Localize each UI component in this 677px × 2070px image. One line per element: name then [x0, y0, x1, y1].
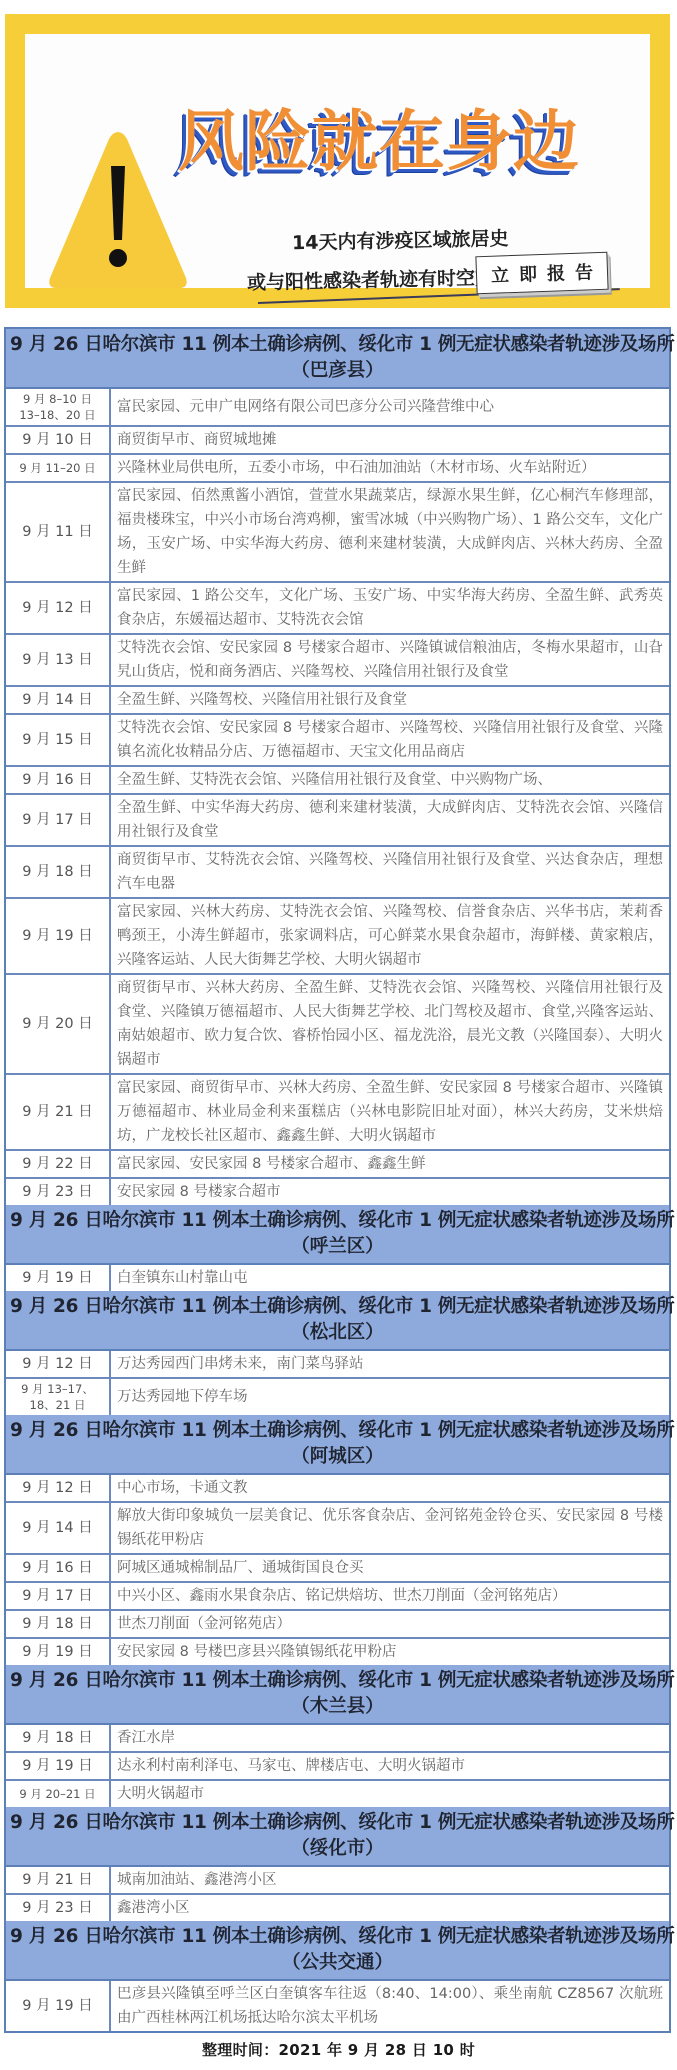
- date-cell: 9 月 20 日: [6, 975, 111, 1073]
- section-header: 9 月 26 日哈尔滨市 11 例本土确诊病例、绥化市 1 例无症状感染者轨迹涉…: [6, 1665, 669, 1725]
- table-row: 9 月 17 日全盈生鲜、中实华海大药房、德利来建材装潢，大成鲜肉店、艾特洗衣会…: [6, 795, 669, 847]
- places-text: 商贸街早市、艾特洗衣会馆、兴隆驾校、兴隆信用社银行及食堂、兴达食杂店，理想汽车电…: [117, 848, 663, 896]
- places-cell: 万达秀园西门串烤未来，南门菜鸟驿站: [111, 1351, 669, 1377]
- date-cell: 9 月 23 日: [6, 1179, 111, 1205]
- table-row: 9 月 20 日商贸街早市、兴林大药房、全盈生鲜、艾特洗衣会馆、兴隆驾校、兴隆信…: [6, 975, 669, 1075]
- table-section: 9 月 26 日哈尔滨市 11 例本土确诊病例、绥化市 1 例无症状感染者轨迹涉…: [6, 1205, 669, 1291]
- table-row: 9 月 19 日富民家园、兴林大药房、艾特洗衣会馆、兴隆驾校、信誉食杂店、兴华书…: [6, 899, 669, 975]
- places-text: 鑫港湾小区: [117, 1896, 190, 1920]
- table-row: 9 月 8–10 日13–18、20 日富民家园、元申广电网络有限公司巴彦分公司…: [6, 389, 669, 427]
- places-cell: 全盈生鲜、艾特洗衣会馆、兴隆信用社银行及食堂、中兴购物广场、: [111, 767, 669, 793]
- table-section: 9 月 26 日哈尔滨市 11 例本土确诊病例、绥化市 1 例无症状感染者轨迹涉…: [6, 1291, 669, 1415]
- date-text: 9 月 21 日: [22, 1872, 93, 1889]
- table-section: 9 月 26 日哈尔滨市 11 例本土确诊病例、绥化市 1 例无症状感染者轨迹涉…: [6, 1415, 669, 1665]
- table-section: 9 月 26 日哈尔滨市 11 例本土确诊病例、绥化市 1 例无症状感染者轨迹涉…: [6, 1921, 669, 2031]
- places-text: 达永利村南利泽屯、马家屯、牌楼店屯、大明火锅超市: [117, 1754, 465, 1778]
- date-text: 9 月 17 日: [22, 812, 93, 829]
- section-title: 9 月 26 日哈尔滨市 11 例本土确诊病例、绥化市 1 例无症状感染者轨迹涉…: [10, 1668, 665, 1694]
- places-cell: 富民家园、商贸街早市、兴林大药房、全盈生鲜、安民家园 8 号楼家合超市、兴隆镇万…: [111, 1075, 669, 1149]
- date-cell: 9 月 23 日: [6, 1895, 111, 1921]
- places-text: 艾特洗衣会馆、安民家园 8 号楼家合超市、兴隆镇诚信粮油店，冬梅水果超市，山旮旯…: [117, 636, 663, 684]
- places-cell: 富民家园、佰然熏酱小酒馆，萱萱水果蔬菜店，绿源水果生鲜，亿心桐汽车修理部，福贵楼…: [111, 483, 669, 581]
- date-line: 9 月 13–17、: [21, 1381, 94, 1397]
- places-text: 富民家园、安民家园 8 号楼家合超市、鑫鑫生鲜: [117, 1152, 425, 1176]
- date-cell: 9 月 16 日: [6, 767, 111, 793]
- section-header: 9 月 26 日哈尔滨市 11 例本土确诊病例、绥化市 1 例无症状感染者轨迹涉…: [6, 329, 669, 389]
- date-text: 9 月 23 日: [22, 1184, 93, 1201]
- table-row: 9 月 19 日达永利村南利泽屯、马家屯、牌楼店屯、大明火锅超市: [6, 1753, 669, 1781]
- places-cell: 商贸街早市、兴林大药房、全盈生鲜、艾特洗衣会馆、兴隆驾校、兴隆信用社银行及食堂、…: [111, 975, 669, 1073]
- table-row: 9 月 16 日阿城区通城棉制品厂、通城街国良仓买: [6, 1555, 669, 1583]
- table-section: 9 月 26 日哈尔滨市 11 例本土确诊病例、绥化市 1 例无症状感染者轨迹涉…: [6, 1665, 669, 1807]
- date-cell: 9 月 18 日: [6, 1725, 111, 1751]
- section-header: 9 月 26 日哈尔滨市 11 例本土确诊病例、绥化市 1 例无症状感染者轨迹涉…: [6, 1921, 669, 1981]
- section-title: 9 月 26 日哈尔滨市 11 例本土确诊病例、绥化市 1 例无症状感染者轨迹涉…: [10, 1924, 665, 1950]
- table-row: 9 月 13 日艾特洗衣会馆、安民家园 8 号楼家合超市、兴隆镇诚信粮油店，冬梅…: [6, 635, 669, 687]
- table-row: 9 月 12 日富民家园、1 路公交车，文化广场、玉安广场、中实华海大药房、全盈…: [6, 583, 669, 635]
- places-cell: 全盈生鲜、兴隆驾校、兴隆信用社银行及食堂: [111, 687, 669, 713]
- table-row: 9 月 18 日香江水岸: [6, 1725, 669, 1753]
- places-text: 巴彦县兴隆镇至呼兰区白奎镇客车往返（8:40、14:00）、乘坐南航 CZ856…: [117, 1982, 663, 2030]
- date-text: 9 月 11 日: [22, 524, 93, 541]
- table-row: 9 月 14 日解放大街印象城负一层美食记、优乐客食杂店、金河铭苑金铃仓买、安民…: [6, 1503, 669, 1555]
- date-cell: 9 月 15 日: [6, 715, 111, 765]
- section-district: （公共交通）: [10, 1950, 665, 1976]
- date-cell: 9 月 20–21 日: [6, 1781, 111, 1807]
- date-text: 9 月 22 日: [22, 1156, 93, 1173]
- date-text: 9 月 12 日: [22, 600, 93, 617]
- places-text: 全盈生鲜、艾特洗衣会馆、兴隆信用社银行及食堂、中兴购物广场、: [117, 768, 552, 792]
- places-cell: 商贸街早市、商贸城地摊: [111, 427, 669, 453]
- date-cell: 9 月 13–17、18、21 日: [6, 1379, 111, 1415]
- places-text: 香江水岸: [117, 1726, 175, 1750]
- places-text: 大明火锅超市: [117, 1782, 204, 1806]
- section-district: （呼兰区）: [10, 1234, 665, 1260]
- warning-triangle-icon: [45, 128, 191, 296]
- date-text: 9 月 20 日: [22, 1016, 93, 1033]
- table-row: 9 月 20–21 日大明火锅超市: [6, 1781, 669, 1807]
- section-title: 9 月 26 日哈尔滨市 11 例本土确诊病例、绥化市 1 例无症状感染者轨迹涉…: [10, 1810, 665, 1836]
- date-cell: 9 月 19 日: [6, 1981, 111, 2031]
- date-cell: 9 月 11 日: [6, 483, 111, 581]
- date-cell: 9 月 18 日: [6, 847, 111, 897]
- section-header: 9 月 26 日哈尔滨市 11 例本土确诊病例、绥化市 1 例无症状感染者轨迹涉…: [6, 1807, 669, 1867]
- section-title: 9 月 26 日哈尔滨市 11 例本土确诊病例、绥化市 1 例无症状感染者轨迹涉…: [10, 1294, 665, 1320]
- date-cell: 9 月 21 日: [6, 1867, 111, 1893]
- places-text: 城南加油站、鑫港湾小区: [117, 1868, 277, 1892]
- places-text: 全盈生鲜、中实华海大药房、德利来建材装潢，大成鲜肉店、艾特洗衣会馆、兴隆信用社银…: [117, 796, 663, 844]
- places-text: 万达秀园西门串烤未来，南门菜鸟驿站: [117, 1352, 364, 1376]
- date-text: 9 月 19 日: [22, 1758, 93, 1775]
- date-text: 9 月 20–21 日: [19, 1786, 95, 1802]
- places-cell: 香江水岸: [111, 1725, 669, 1751]
- places-text: 兴隆林业局供电所，五委小市场，中石油加油站（木材市场、火车站附近）: [117, 456, 596, 480]
- places-text: 中兴小区、鑫雨水果食杂店、铭记烘焙坊、世杰刀削面（金河铭苑店）: [117, 1584, 567, 1608]
- section-title: 9 月 26 日哈尔滨市 11 例本土确诊病例、绥化市 1 例无症状感染者轨迹涉…: [10, 1418, 665, 1444]
- places-text: 中心市场，卡通文教: [117, 1476, 248, 1500]
- date-text: 9 月 13 日: [22, 652, 93, 669]
- places-cell: 富民家园、元申广电网络有限公司巴彦分公司兴隆营维中心: [111, 389, 669, 425]
- date-cell: 9 月 12 日: [6, 1351, 111, 1377]
- table-row: 9 月 14 日全盈生鲜、兴隆驾校、兴隆信用社银行及食堂: [6, 687, 669, 715]
- table-row: 9 月 23 日安民家园 8 号楼家合超市: [6, 1179, 669, 1205]
- date-text: 9 月 14 日: [22, 1520, 93, 1537]
- places-text: 安民家园 8 号楼巴彦县兴隆镇锡纸花甲粉店: [117, 1640, 396, 1664]
- places-cell: 商贸街早市、艾特洗衣会馆、兴隆驾校、兴隆信用社银行及食堂、兴达食杂店，理想汽车电…: [111, 847, 669, 897]
- date-text: 9 月 18 日: [22, 864, 93, 881]
- places-text: 富民家园、1 路公交车，文化广场、玉安广场、中实华海大药房、全盈生鲜、武秀英食杂…: [117, 584, 663, 632]
- table-row: 9 月 17 日中兴小区、鑫雨水果食杂店、铭记烘焙坊、世杰刀削面（金河铭苑店）: [6, 1583, 669, 1611]
- places-text: 富民家园、商贸街早市、兴林大药房、全盈生鲜、安民家园 8 号楼家合超市、兴隆镇万…: [117, 1076, 663, 1148]
- date-cell: 9 月 8–10 日13–18、20 日: [6, 389, 111, 425]
- table-row: 9 月 21 日富民家园、商贸街早市、兴林大药房、全盈生鲜、安民家园 8 号楼家…: [6, 1075, 669, 1151]
- places-text: 安民家园 8 号楼家合超市: [117, 1180, 280, 1204]
- table-row: 9 月 10 日商贸街早市、商贸城地摊: [6, 427, 669, 455]
- date-text: 9 月 11–20 日: [19, 460, 95, 476]
- places-text: 富民家园、元申广电网络有限公司巴彦分公司兴隆营维中心: [117, 395, 494, 419]
- table-row: 9 月 12 日中心市场，卡通文教: [6, 1475, 669, 1503]
- date-cell: 9 月 19 日: [6, 1639, 111, 1665]
- date-text: 9 月 12 日: [22, 1356, 93, 1373]
- date-text: 9 月 19 日: [22, 1644, 93, 1661]
- section-header: 9 月 26 日哈尔滨市 11 例本土确诊病例、绥化市 1 例无症状感染者轨迹涉…: [6, 1291, 669, 1351]
- table-row: 9 月 13–17、18、21 日万达秀园地下停车场: [6, 1379, 669, 1415]
- date-line: 13–18、20 日: [19, 407, 95, 423]
- date-text: 9 月 15 日: [22, 732, 93, 749]
- table-row: 9 月 16 日全盈生鲜、艾特洗衣会馆、兴隆信用社银行及食堂、中兴购物广场、: [6, 767, 669, 795]
- date-cell: 9 月 12 日: [6, 583, 111, 633]
- date-cell: 9 月 17 日: [6, 795, 111, 845]
- places-cell: 解放大街印象城负一层美食记、优乐客食杂店、金河铭苑金铃仓买、安民家园 8 号楼锡…: [111, 1503, 669, 1553]
- date-cell: 9 月 16 日: [6, 1555, 111, 1581]
- table-row: 9 月 19 日安民家园 8 号楼巴彦县兴隆镇锡纸花甲粉店: [6, 1639, 669, 1665]
- places-text: 商贸街早市、兴林大药房、全盈生鲜、艾特洗衣会馆、兴隆驾校、兴隆信用社银行及食堂、…: [117, 976, 663, 1072]
- table-row: 9 月 11–20 日兴隆林业局供电所，五委小市场，中石油加油站（木材市场、火车…: [6, 455, 669, 483]
- places-cell: 白奎镇东山村靠山屯: [111, 1265, 669, 1291]
- places-text: 白奎镇东山村靠山屯: [117, 1266, 248, 1290]
- places-cell: 富民家园、安民家园 8 号楼家合超市、鑫鑫生鲜: [111, 1151, 669, 1177]
- table-row: 9 月 12 日万达秀园西门串烤未来，南门菜鸟驿站: [6, 1351, 669, 1379]
- places-cell: 艾特洗衣会馆、安民家园 8 号楼家合超市、兴隆镇诚信粮油店，冬梅水果超市，山旮旯…: [111, 635, 669, 685]
- section-header: 9 月 26 日哈尔滨市 11 例本土确诊病例、绥化市 1 例无症状感染者轨迹涉…: [6, 1205, 669, 1265]
- places-cell: 兴隆林业局供电所，五委小市场，中石油加油站（木材市场、火车站附近）: [111, 455, 669, 481]
- date-text: 9 月 14 日: [22, 692, 93, 709]
- date-cell: 9 月 19 日: [6, 899, 111, 973]
- date-line: 9 月 8–10 日: [19, 391, 95, 407]
- table-row: 9 月 18 日商贸街早市、艾特洗衣会馆、兴隆驾校、兴隆信用社银行及食堂、兴达食…: [6, 847, 669, 899]
- places-cell: 城南加油站、鑫港湾小区: [111, 1867, 669, 1893]
- date-text: 9 月 16 日: [22, 772, 93, 789]
- places-cell: 中兴小区、鑫雨水果食杂店、铭记烘焙坊、世杰刀削面（金河铭苑店）: [111, 1583, 669, 1609]
- date-cell: 9 月 22 日: [6, 1151, 111, 1177]
- date-text: 9 月 18 日: [22, 1730, 93, 1747]
- section-district: （阿城区）: [10, 1444, 665, 1470]
- section-title: 9 月 26 日哈尔滨市 11 例本土确诊病例、绥化市 1 例无症状感染者轨迹涉…: [10, 1208, 665, 1234]
- table-row: 9 月 21 日城南加油站、鑫港湾小区: [6, 1867, 669, 1895]
- places-cell: 全盈生鲜、中实华海大药房、德利来建材装潢，大成鲜肉店、艾特洗衣会馆、兴隆信用社银…: [111, 795, 669, 845]
- places-cell: 巴彦县兴隆镇至呼兰区白奎镇客车往返（8:40、14:00）、乘坐南航 CZ856…: [111, 1981, 669, 2031]
- table-row: 9 月 19 日巴彦县兴隆镇至呼兰区白奎镇客车往返（8:40、14:00）、乘坐…: [6, 1981, 669, 2031]
- places-cell: 安民家园 8 号楼家合超市: [111, 1179, 669, 1205]
- banner-headline: 风险就在身边: [178, 88, 580, 183]
- date-line: 18、21 日: [21, 1397, 94, 1413]
- date-text: 9 月 16 日: [22, 1560, 93, 1577]
- date-text: 9 月 12 日: [22, 1480, 93, 1497]
- date-text: 9 月 19 日: [22, 928, 93, 945]
- table-row: 9 月 19 日白奎镇东山村靠山屯: [6, 1265, 669, 1291]
- date-text: 9 月 17 日: [22, 1588, 93, 1605]
- date-cell: 9 月 14 日: [6, 687, 111, 713]
- section-title: 9 月 26 日哈尔滨市 11 例本土确诊病例、绥化市 1 例无症状感染者轨迹涉…: [10, 332, 665, 358]
- places-cell: 达永利村南利泽屯、马家屯、牌楼店屯、大明火锅超市: [111, 1753, 669, 1779]
- date-text: 9 月 10 日: [22, 432, 93, 449]
- date-text: 9 月 21 日: [22, 1104, 93, 1121]
- date-cell: 9 月 10 日: [6, 427, 111, 453]
- table-section: 9 月 26 日哈尔滨市 11 例本土确诊病例、绥化市 1 例无症状感染者轨迹涉…: [6, 1807, 669, 1921]
- places-cell: 大明火锅超市: [111, 1781, 669, 1807]
- report-now-button[interactable]: 立即报告: [475, 252, 608, 295]
- date-cell: 9 月 17 日: [6, 1583, 111, 1609]
- trajectory-table: 9 月 26 日哈尔滨市 11 例本土确诊病例、绥化市 1 例无症状感染者轨迹涉…: [4, 327, 671, 2033]
- date-text: 9 月 18 日: [22, 1616, 93, 1633]
- table-row: 9 月 18 日世杰刀削面（金河铭苑店）: [6, 1611, 669, 1639]
- compiled-time: 整理时间：2021 年 9 月 28 日 10 时: [0, 2033, 677, 2070]
- date-text: 9 月 23 日: [22, 1900, 93, 1917]
- risk-banner: 风险就在身边 14天内有涉疫区域旅居史 或与阳性感染者轨迹有时空交集人员 立即报…: [0, 0, 677, 318]
- date-cell: 9 月 13 日: [6, 635, 111, 685]
- places-text: 万达秀园地下停车场: [117, 1385, 248, 1409]
- date-cell: 9 月 12 日: [6, 1475, 111, 1501]
- table-section: 9 月 26 日哈尔滨市 11 例本土确诊病例、绥化市 1 例无症状感染者轨迹涉…: [6, 329, 669, 1205]
- section-district: （巴彦县）: [10, 358, 665, 384]
- date-cell: 9 月 19 日: [6, 1265, 111, 1291]
- section-district: （绥化市）: [10, 1836, 665, 1862]
- places-text: 阿城区通城棉制品厂、通城街国良仓买: [117, 1556, 364, 1580]
- places-cell: 中心市场，卡通文教: [111, 1475, 669, 1501]
- section-district: （木兰县）: [10, 1694, 665, 1720]
- places-cell: 艾特洗衣会馆、安民家园 8 号楼家合超市、兴隆驾校、兴隆信用社银行及食堂、兴隆镇…: [111, 715, 669, 765]
- places-cell: 富民家园、兴林大药房、艾特洗衣会馆、兴隆驾校、信誉食杂店、兴华书店，茉莉香鸭颈王…: [111, 899, 669, 973]
- section-header: 9 月 26 日哈尔滨市 11 例本土确诊病例、绥化市 1 例无症状感染者轨迹涉…: [6, 1415, 669, 1475]
- places-cell: 富民家园、1 路公交车，文化广场、玉安广场、中实华海大药房、全盈生鲜、武秀英食杂…: [111, 583, 669, 633]
- date-text: 9 月 19 日: [22, 1270, 93, 1287]
- table-row: 9 月 22 日富民家园、安民家园 8 号楼家合超市、鑫鑫生鲜: [6, 1151, 669, 1179]
- date-cell: 9 月 19 日: [6, 1753, 111, 1779]
- date-cell: 9 月 21 日: [6, 1075, 111, 1149]
- places-cell: 安民家园 8 号楼巴彦县兴隆镇锡纸花甲粉店: [111, 1639, 669, 1665]
- table-row: 9 月 11 日富民家园、佰然熏酱小酒馆，萱萱水果蔬菜店，绿源水果生鲜，亿心桐汽…: [6, 483, 669, 583]
- date-cell: 9 月 11–20 日: [6, 455, 111, 481]
- places-text: 世杰刀削面（金河铭苑店）: [117, 1612, 291, 1636]
- places-text: 解放大街印象城负一层美食记、优乐客食杂店、金河铭苑金铃仓买、安民家园 8 号楼锡…: [117, 1504, 663, 1552]
- places-text: 全盈生鲜、兴隆驾校、兴隆信用社银行及食堂: [117, 688, 407, 712]
- places-text: 富民家园、佰然熏酱小酒馆，萱萱水果蔬菜店，绿源水果生鲜，亿心桐汽车修理部，福贵楼…: [117, 484, 663, 580]
- date-cell: 9 月 18 日: [6, 1611, 111, 1637]
- places-text: 商贸街早市、商贸城地摊: [117, 428, 277, 452]
- places-cell: 万达秀园地下停车场: [111, 1379, 669, 1415]
- places-cell: 鑫港湾小区: [111, 1895, 669, 1921]
- places-text: 富民家园、兴林大药房、艾特洗衣会馆、兴隆驾校、信誉食杂店、兴华书店，茉莉香鸭颈王…: [117, 900, 663, 972]
- date-cell: 9 月 14 日: [6, 1503, 111, 1553]
- table-row: 9 月 23 日鑫港湾小区: [6, 1895, 669, 1921]
- places-cell: 阿城区通城棉制品厂、通城街国良仓买: [111, 1555, 669, 1581]
- table-row: 9 月 15 日艾特洗衣会馆、安民家园 8 号楼家合超市、兴隆驾校、兴隆信用社银…: [6, 715, 669, 767]
- places-cell: 世杰刀削面（金河铭苑店）: [111, 1611, 669, 1637]
- section-district: （松北区）: [10, 1320, 665, 1346]
- places-text: 艾特洗衣会馆、安民家园 8 号楼家合超市、兴隆驾校、兴隆信用社银行及食堂、兴隆镇…: [117, 716, 663, 764]
- banner-subline-travel-history: 14天内有涉疫区域旅居史: [292, 224, 509, 256]
- date-text: 9 月 19 日: [22, 1998, 93, 2015]
